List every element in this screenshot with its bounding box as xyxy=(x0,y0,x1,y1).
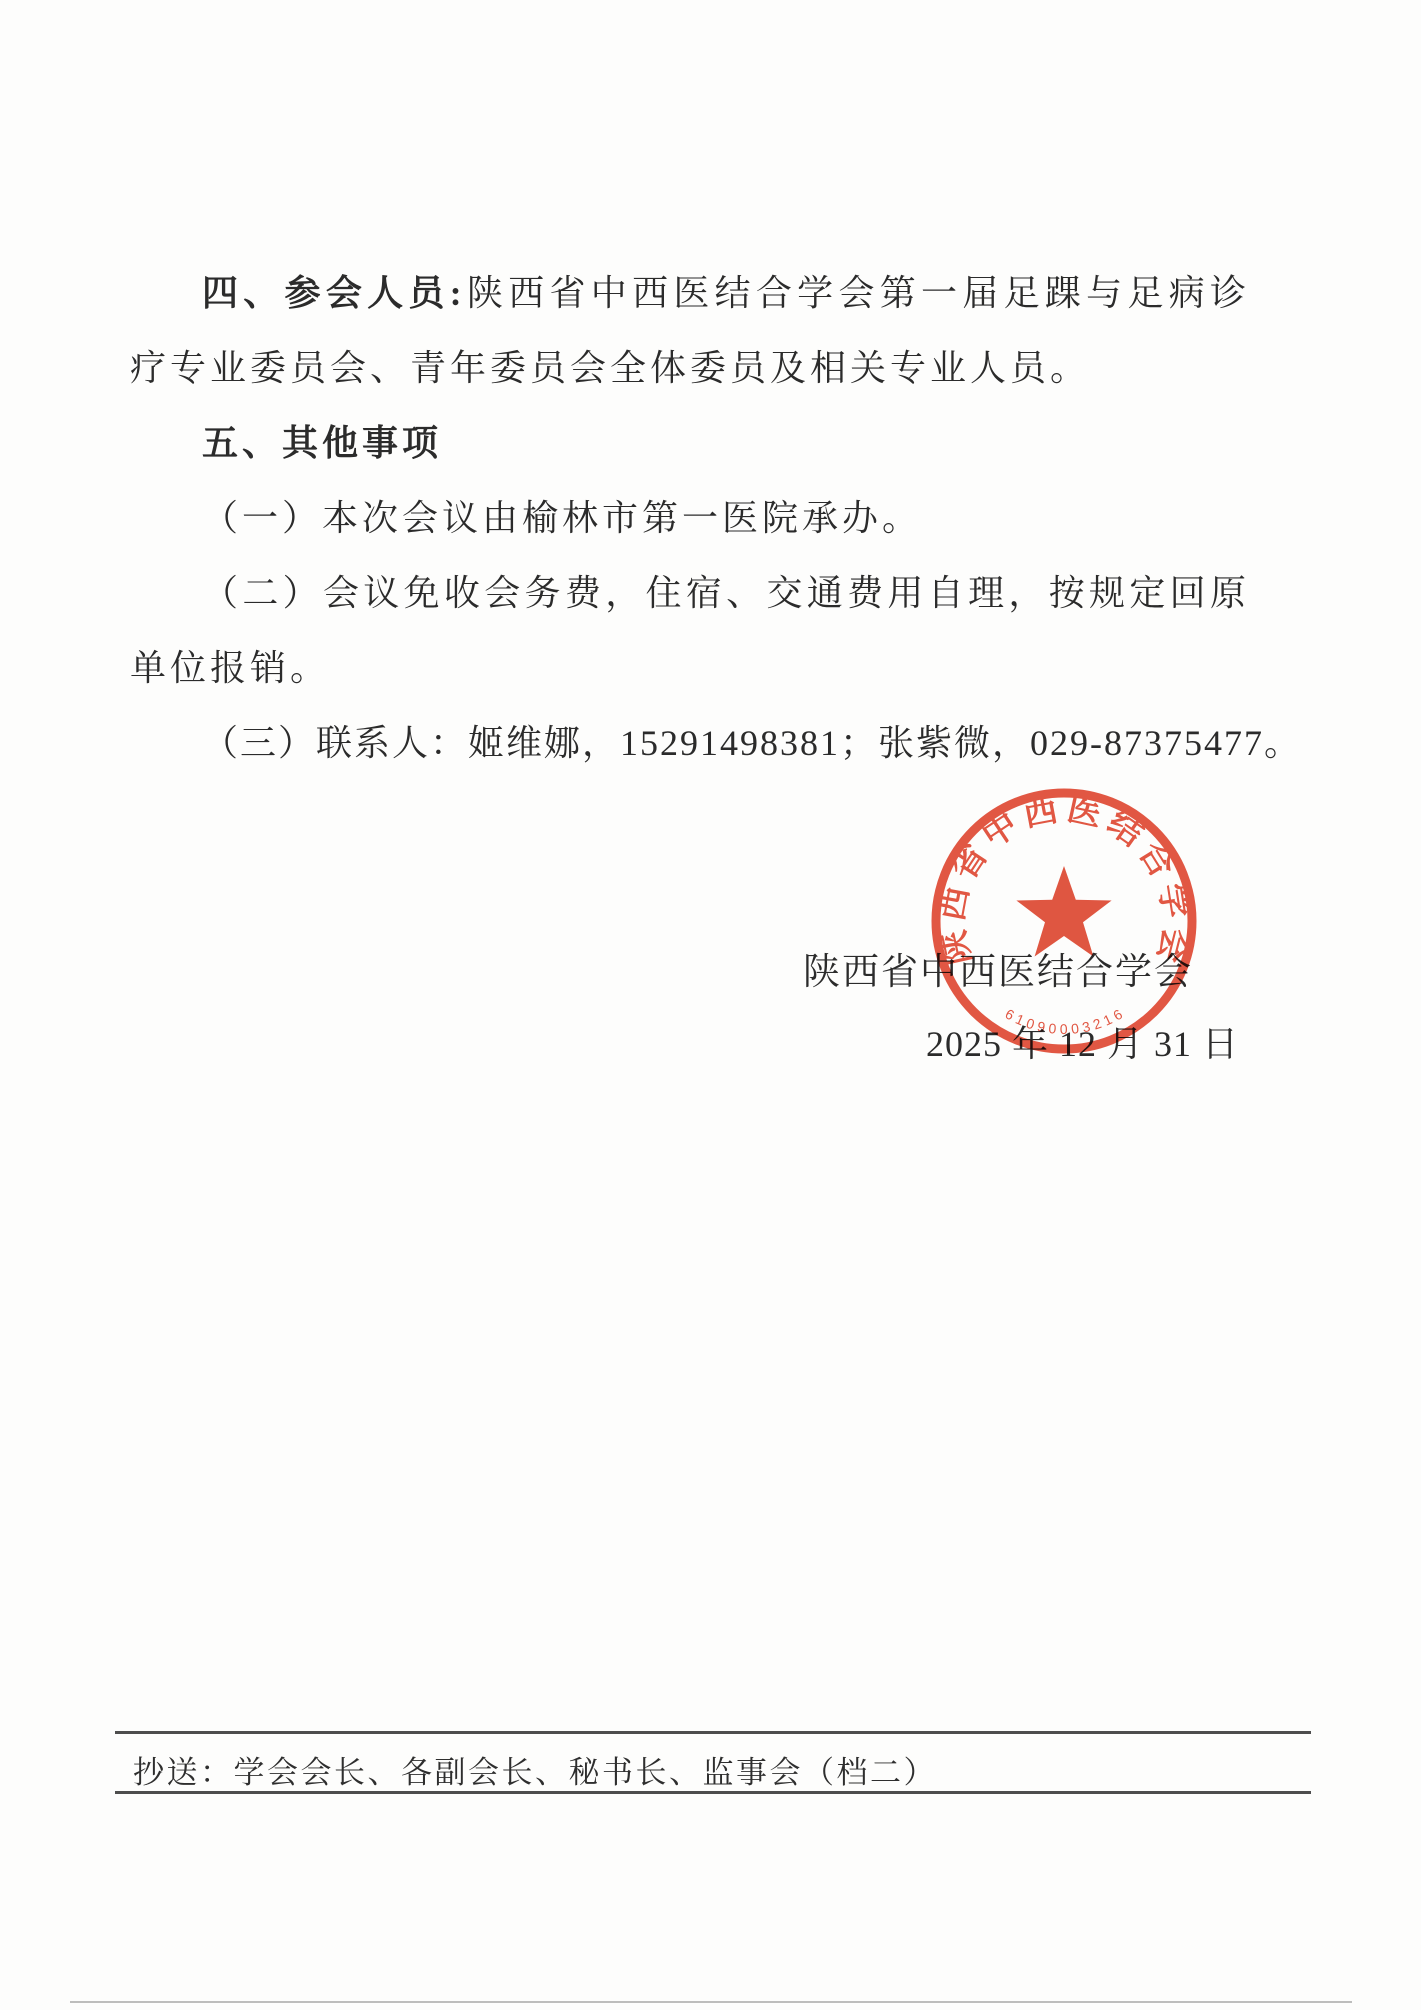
document-page: 四、参会人员:陕西省中西医结合学会第一届足踝与足病诊疗专业委员会、青年委员会全体… xyxy=(0,0,1421,2010)
signature-organization: 陕西省中西医结合学会 xyxy=(803,941,1193,995)
paragraph-item3-contacts: （三）联系人：姬维娜，15291498381；张紫微，029-87375477。 xyxy=(130,706,1250,781)
footer-rule-bottom xyxy=(115,1791,1311,1794)
paragraph-participants: 四、参会人员:陕西省中西医结合学会第一届足踝与足病诊疗专业委员会、青年委员会全体… xyxy=(130,256,1250,406)
signature-date: 2025 年 12 月 31 日 xyxy=(926,1016,1239,1067)
seal-ring xyxy=(936,793,1192,1049)
paragraph-item1: （一）本次会议由榆林市第一医院承办。 xyxy=(130,481,1250,556)
heading-other-matters: 五、其他事项 xyxy=(130,406,1250,481)
document-body: 四、参会人员:陕西省中西医结合学会第一届足踝与足病诊疗专业委员会、青年委员会全体… xyxy=(130,256,1250,781)
scan-edge-line xyxy=(70,2001,1352,2003)
paragraph-item2: （二）会议免收会务费，住宿、交通费用自理，按规定回原单位报销。 xyxy=(130,556,1250,706)
footer-rule-top xyxy=(115,1731,1311,1734)
cc-line: 抄送：学会会长、各副会长、秘书长、监事会（档二） xyxy=(133,1747,937,1792)
participants-label: 四、参会人员: xyxy=(202,273,466,313)
